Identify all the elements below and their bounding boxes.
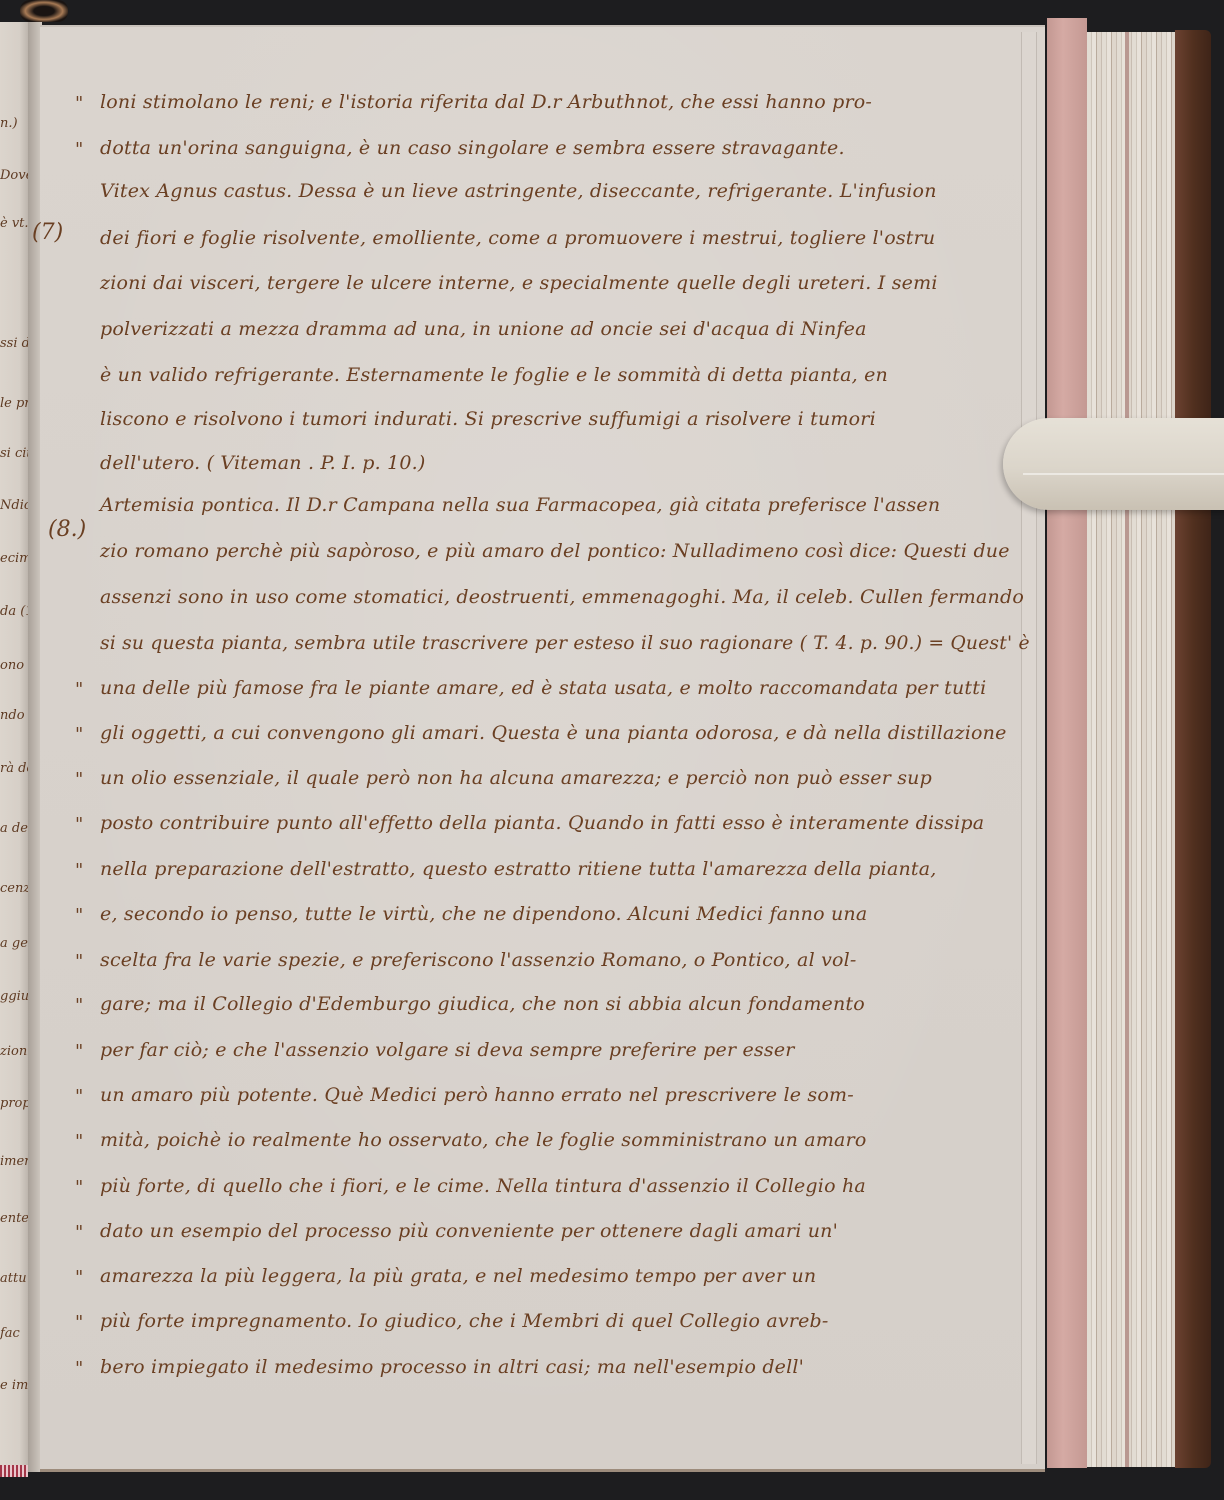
manuscript-line: Vitex Agnus castus. Dessa è un lieve ast… (100, 180, 937, 202)
manuscript-line: assenzi sono in uso come stomatici, deos… (100, 586, 1024, 608)
manuscript-line: un amaro più potente. Què Medici però ha… (100, 1084, 854, 1106)
left-page-fragment: cenzo (0, 881, 29, 896)
manuscript-line: una delle più famose fra le piante amare… (100, 677, 986, 699)
page-weight-bookmark (1003, 418, 1224, 510)
quotation-mark: " (75, 139, 83, 160)
manuscript-line: Artemisia pontica. Il D.r Campana nella … (100, 494, 940, 516)
manuscript-line: dato un esempio del processo più conveni… (100, 1220, 838, 1242)
quotation-mark: " (75, 951, 83, 972)
manuscript-line: bero impiegato il medesimo processo in a… (100, 1356, 804, 1378)
quotation-mark: " (75, 814, 83, 835)
manuscript-line: più forte impregnamento. Io giudico, che… (100, 1310, 829, 1332)
left-page-fragment: ecima (0, 551, 29, 566)
quotation-mark: " (75, 93, 83, 114)
manuscript-line: posto contribuire punto all'effetto dell… (100, 812, 984, 834)
manuscript-line: dotta un'orina sanguigna, è un caso sing… (100, 137, 845, 159)
left-page-fragment: ssi d (0, 336, 29, 351)
manuscript-line: loni stimolano le reni; e l'istoria rife… (100, 91, 872, 113)
quotation-mark: " (75, 1358, 83, 1379)
quotation-mark: " (75, 1312, 83, 1333)
left-page-fragment: propo (0, 1096, 29, 1111)
manuscript-line: e, secondo io penso, tutte le virtù, che… (100, 903, 867, 925)
quotation-mark: " (75, 1222, 83, 1243)
left-page-fragment: da (17 (0, 604, 29, 619)
manuscript-line: mità, poichè io realmente ho osservato, … (100, 1129, 867, 1151)
quotation-mark: " (75, 724, 83, 745)
left-page-fragment: ono pr (0, 658, 29, 673)
book-photo: n.)Doveè vt.ssi dle pr.si citaNdiomeecim… (0, 0, 1224, 1500)
left-page-fragment: attu (0, 1271, 29, 1286)
left-page-fragment: ente (0, 1211, 29, 1226)
left-page-fragment: e im (0, 1378, 29, 1393)
left-page-fragment: si cita (0, 446, 29, 461)
left-page-fragment: fac (0, 1326, 29, 1341)
left-page-fragment: zioni (0, 1044, 29, 1059)
quotation-mark: " (75, 1131, 83, 1152)
quotation-mark: " (75, 1041, 83, 1062)
quotation-mark: " (75, 995, 83, 1016)
page-edge-line (1021, 32, 1037, 1464)
manuscript-line: dei fiori e foglie risolvente, emollient… (100, 227, 935, 249)
left-page-fragment: le pr. (0, 396, 29, 411)
left-page-fragment: Dove (0, 168, 29, 183)
leather-cover (1175, 30, 1211, 1468)
left-page-fragment: è vt. (0, 216, 29, 231)
quotation-mark: " (75, 769, 83, 790)
entry-number-8: (8.) (48, 517, 86, 542)
manuscript-line: zio romano perchè più sapòroso, e più am… (100, 540, 1010, 562)
manuscript-line: si su questa pianta, sembra utile trascr… (100, 632, 1016, 654)
manuscript-line: liscono e risolvono i tumori indurati. S… (100, 408, 876, 430)
quotation-mark: " (75, 1177, 83, 1198)
quotation-mark: " (75, 860, 83, 881)
quotation-mark: " (75, 679, 83, 700)
left-page-fragment: rà de (0, 761, 29, 776)
quotation-mark: " (75, 1086, 83, 1107)
manuscript-line: scelta fra le varie spezie, e preferisco… (100, 949, 857, 971)
headband-bottom (0, 1465, 28, 1477)
quotation-mark: " (75, 1267, 83, 1288)
left-page-fragment: ggiu (0, 989, 29, 1004)
manuscript-line: dell'utero. ( Viteman . P. I. p. 10.) (100, 452, 426, 474)
pink-endpaper-edge (1047, 18, 1087, 1468)
entry-number-7: (7) (32, 220, 63, 245)
manuscript-line: gare; ma il Collegio d'Edemburgo giudica… (100, 993, 865, 1015)
left-page-edge: n.)Doveè vt.ssi dle pr.si citaNdiomeecim… (0, 22, 29, 1470)
manuscript-line: un olio essenziale, il quale però non ha… (100, 767, 932, 789)
left-page-fragment: imen (0, 1154, 29, 1169)
left-page-fragment: a gett (0, 936, 29, 951)
left-page-fragment: ndo di (0, 708, 29, 723)
headband-top (20, 0, 68, 22)
manuscript-page: (7) (8.) "loni stimolano le reni; e l'is… (40, 25, 1045, 1472)
manuscript-line: polverizzati a mezza dramma ad una, in u… (100, 318, 867, 340)
manuscript-line: più forte, di quello che i fiori, e le c… (100, 1175, 866, 1197)
quotation-mark: " (75, 905, 83, 926)
left-page-fragment: n.) (0, 116, 29, 131)
page-fore-edge (1087, 32, 1179, 1467)
manuscript-line: amarezza la più leggera, la più grata, e… (100, 1265, 816, 1287)
left-page-fragment: Ndiome (0, 498, 29, 513)
left-page-fragment: a de (0, 821, 29, 836)
manuscript-line: nella preparazione dell'estratto, questo… (100, 858, 937, 880)
manuscript-line: è un valido refrigerante. Esternamente l… (100, 364, 888, 386)
manuscript-line: per far ciò; e che l'assenzio volgare si… (100, 1039, 795, 1061)
manuscript-line: zioni dai visceri, tergere le ulcere int… (100, 272, 938, 294)
manuscript-line: gli oggetti, a cui convengono gli amari.… (100, 722, 1007, 744)
